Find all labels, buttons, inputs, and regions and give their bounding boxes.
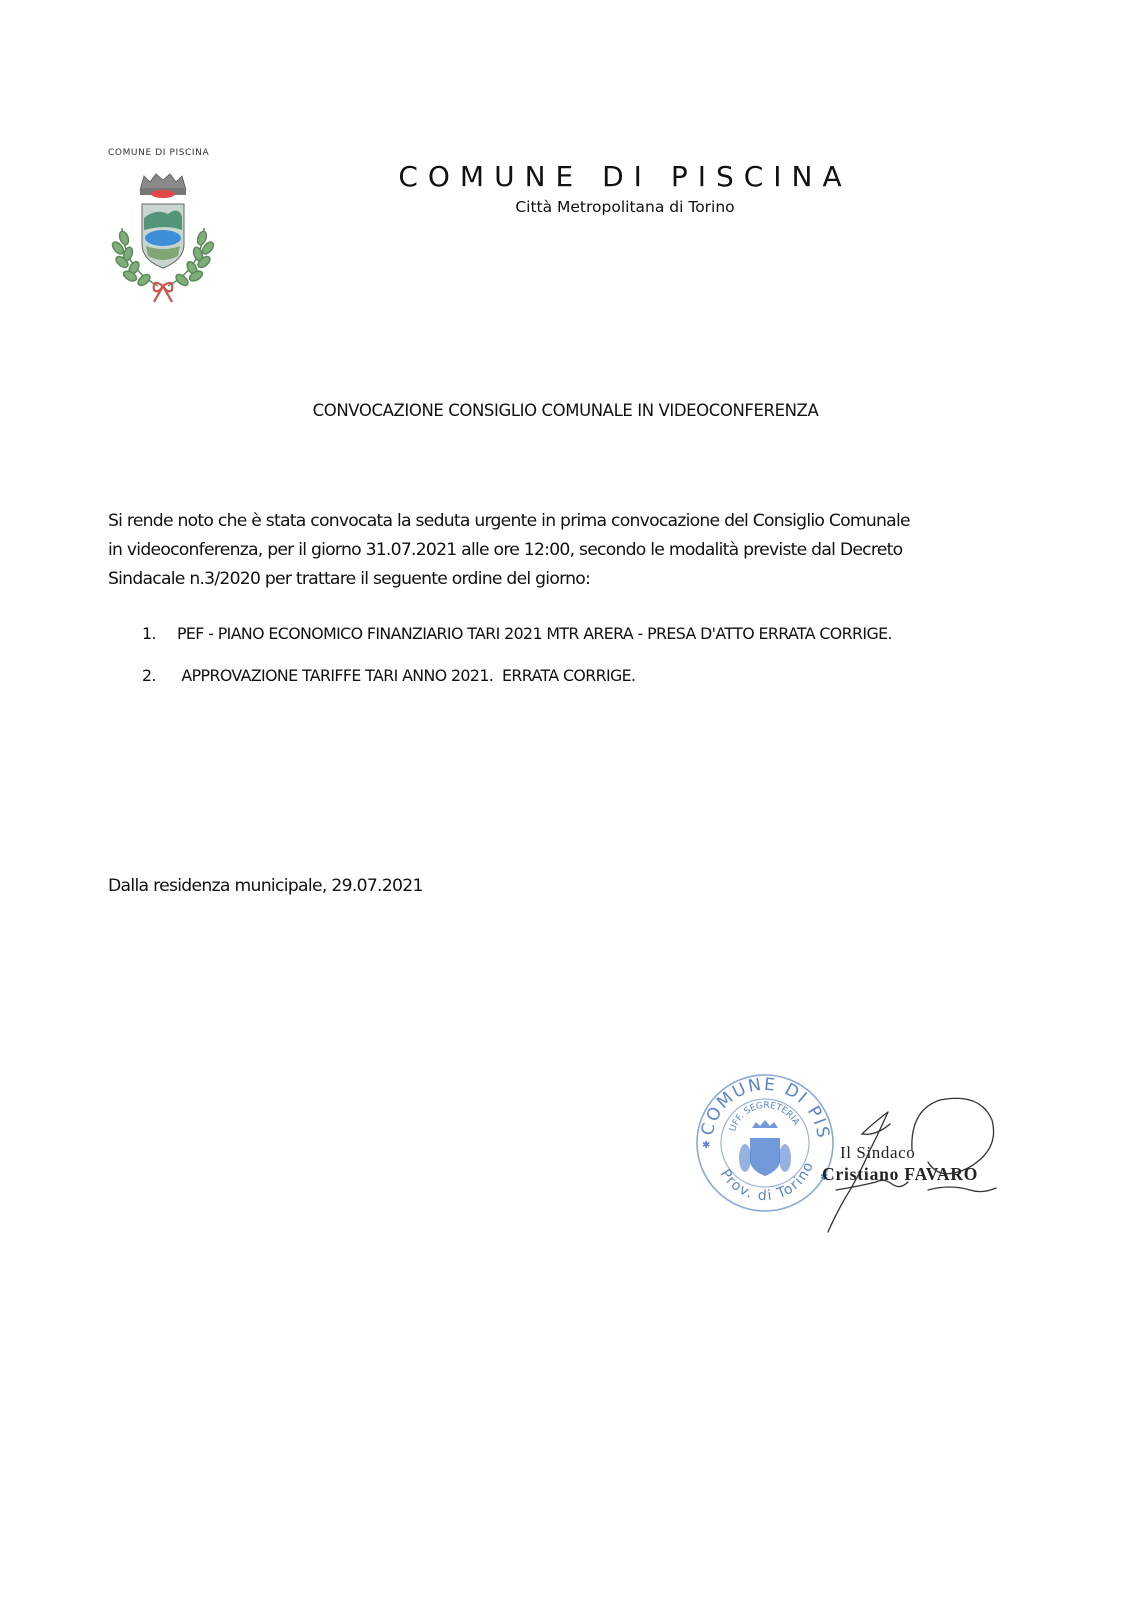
crown-icon — [140, 174, 186, 198]
agenda-item: 2. APPROVAZIONE TARIFFE TARI ANNO 2021. … — [142, 666, 635, 685]
svg-text:✱: ✱ — [702, 1140, 710, 1151]
agenda-item-number: 1. — [142, 624, 177, 643]
svg-text:UFF. SEGRETERIA: UFF. SEGRETERIA — [728, 1101, 801, 1133]
agenda-item: 1.PEF - PIANO ECONOMICO FINANZIARIO TARI… — [142, 624, 892, 643]
document-title: CONVOCAZIONE CONSIGLIO COMUNALE IN VIDEO… — [0, 401, 1131, 420]
agenda-item-text: PEF - PIANO ECONOMICO FINANZIARIO TARI 2… — [177, 624, 892, 643]
coat-of-arms-icon — [106, 168, 220, 308]
paragraph-line: Si rende noto che è stata convocata la s… — [108, 507, 1028, 536]
stamp-inner-text: UFF. SEGRETERIA — [728, 1101, 801, 1133]
paragraph-line: in videoconferenza, per il giorno 31.07.… — [108, 536, 1028, 565]
signatory-role: Il Sindaco — [840, 1143, 915, 1163]
notice-paragraph: Si rende noto che è stata convocata la s… — [108, 507, 1028, 594]
official-stamp-icon: COMUNE DI PISCINA Prov. di Torino UFF. S… — [690, 1068, 840, 1218]
closing-place-date: Dalla residenza municipale, 29.07.2021 — [108, 876, 423, 896]
agenda-item-number: 2. — [142, 666, 177, 685]
agenda-item-text: APPROVAZIONE TARIFFE TARI ANNO 2021. ERR… — [177, 666, 635, 685]
signatory-name: Cristiano FAVARO — [822, 1164, 978, 1185]
municipality-name: COMUNE DI PISCINA — [390, 160, 860, 193]
crest-caption: COMUNE DI PISCINA — [108, 148, 209, 158]
paragraph-line: Sindacale n.3/2020 per trattare il segue… — [108, 565, 1028, 594]
municipality-subtitle: Città Metropolitana di Torino — [390, 198, 860, 216]
